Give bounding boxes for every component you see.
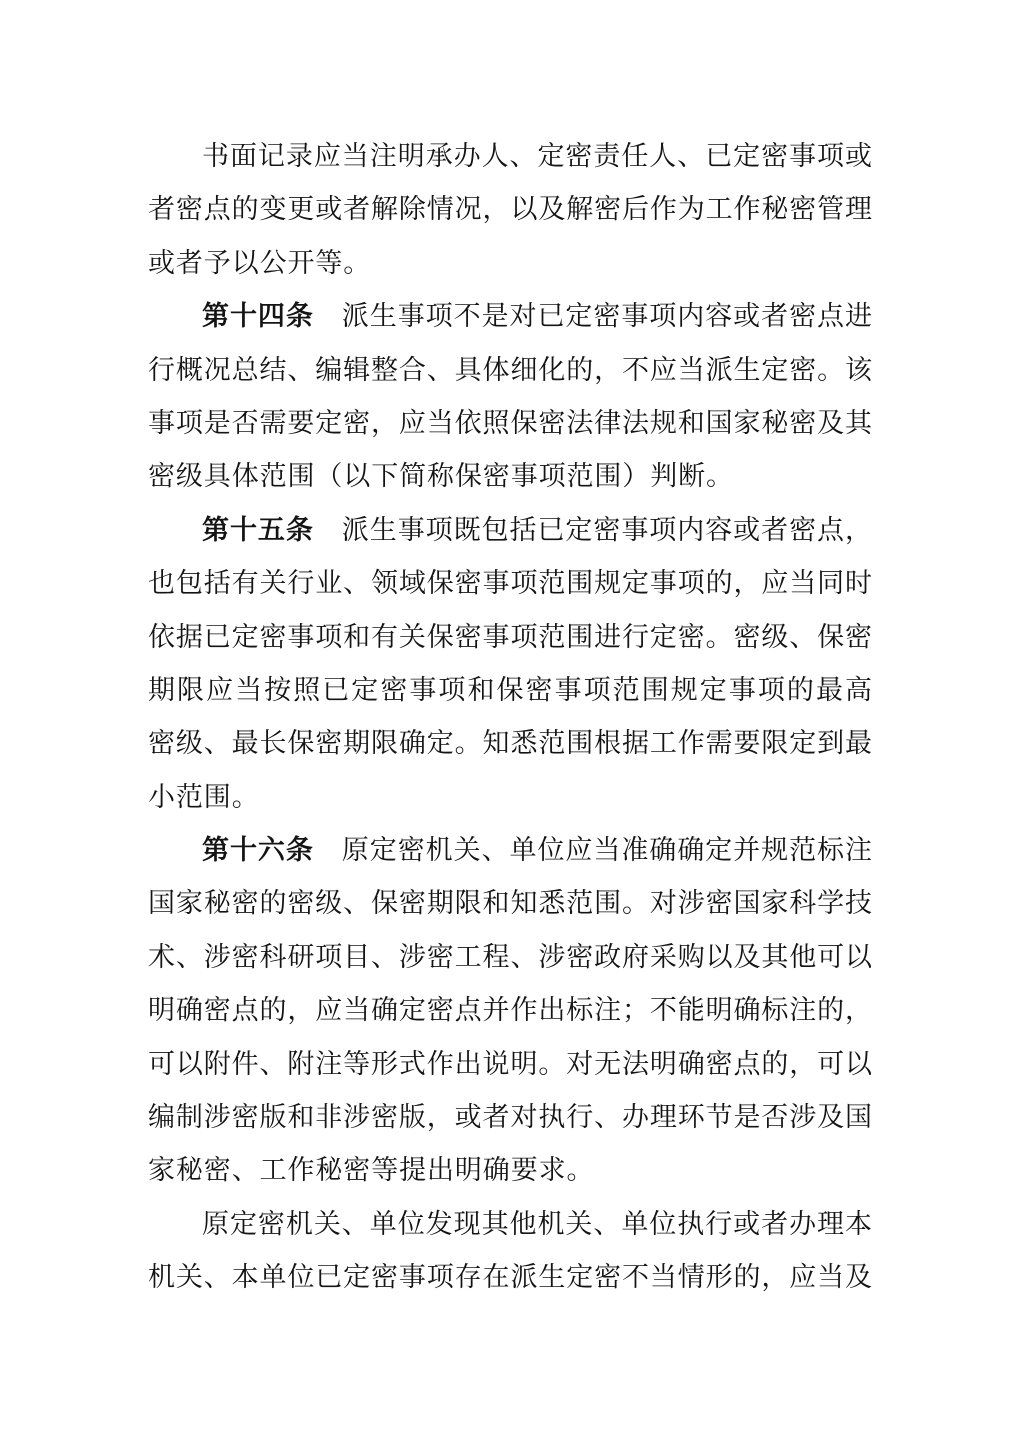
line-text: 期限应当按照已定密事项和保密事项范围规定事项的最高 (148, 675, 872, 705)
text-line: 第十六条 原定密机关、单位应当准确确定并规范标注 (148, 824, 872, 877)
text-line: 第十五条 派生事项既包括已定密事项内容或者密点， (148, 504, 872, 557)
article-number: 第十五条 (202, 515, 314, 545)
line-text: 原定密机关、单位发现其他机关、单位执行或者办理本 (202, 1209, 872, 1239)
line-text: 派生事项既包括已定密事项内容或者密点， (314, 515, 872, 545)
text-line: 密级具体范围（以下简称保密事项范围）判断。 (148, 450, 872, 503)
text-line: 家秘密、工作秘密等提出明确要求。 (148, 1144, 872, 1197)
text-line: 明确密点的，应当确定密点并作出标注；不能明确标注的， (148, 984, 872, 1037)
text-line: 者密点的变更或者解除情况，以及解密后作为工作秘密管理 (148, 183, 872, 236)
text-line: 第十四条 派生事项不是对已定密事项内容或者密点进 (148, 290, 872, 343)
line-text: 书面记录应当注明承办人、定密责任人、已定密事项或 (202, 141, 872, 171)
line-text: 术、涉密科研项目、涉密工程、涉密政府采购以及其他可以 (148, 942, 872, 972)
article-number: 第十六条 (202, 835, 314, 865)
text-line: 或者予以公开等。 (148, 237, 872, 290)
text-line: 编制涉密版和非涉密版，或者对执行、办理环节是否涉及国 (148, 1091, 872, 1144)
line-text: 国家秘密的密级、保密期限和知悉范围。对涉密国家科学技 (148, 888, 872, 918)
line-text: 密级、最长保密期限确定。知悉范围根据工作需要限定到最 (148, 728, 872, 758)
line-text: 派生事项不是对已定密事项内容或者密点进 (314, 301, 872, 331)
text-line: 书面记录应当注明承办人、定密责任人、已定密事项或 (148, 130, 872, 183)
text-line: 可以附件、附注等形式作出说明。对无法明确密点的，可以 (148, 1038, 872, 1091)
text-line: 密级、最长保密期限确定。知悉范围根据工作需要限定到最 (148, 717, 872, 770)
line-text: 依据已定密事项和有关保密事项范围进行定密。密级、保密 (148, 622, 872, 652)
line-text: 原定密机关、单位应当准确确定并规范标注 (314, 835, 872, 865)
line-text: 事项是否需要定密，应当依照保密法律法规和国家秘密及其 (148, 408, 872, 438)
text-line: 事项是否需要定密，应当依照保密法律法规和国家秘密及其 (148, 397, 872, 450)
text-line: 依据已定密事项和有关保密事项范围进行定密。密级、保密 (148, 611, 872, 664)
text-line: 国家秘密的密级、保密期限和知悉范围。对涉密国家科学技 (148, 877, 872, 930)
line-text: 可以附件、附注等形式作出说明。对无法明确密点的，可以 (148, 1049, 872, 1079)
document-text: 书面记录应当注明承办人、定密责任人、已定密事项或者密点的变更或者解除情况，以及解… (148, 130, 872, 1305)
line-text: 密级具体范围（以下简称保密事项范围）判断。 (148, 461, 734, 491)
line-text: 小范围。 (148, 782, 260, 812)
text-line: 也包括有关行业、领域保密事项范围规定事项的，应当同时 (148, 557, 872, 610)
line-text: 家秘密、工作秘密等提出明确要求。 (148, 1155, 594, 1185)
line-text: 者密点的变更或者解除情况，以及解密后作为工作秘密管理 (148, 194, 872, 224)
text-line: 机关、本单位已定密事项存在派生定密不当情形的，应当及 (148, 1251, 872, 1304)
line-text: 机关、本单位已定密事项存在派生定密不当情形的，应当及 (148, 1262, 872, 1292)
article-number: 第十四条 (202, 301, 314, 331)
line-text: 行概况总结、编辑整合、具体细化的，不应当派生定密。该 (148, 355, 872, 385)
document-page: 书面记录应当注明承办人、定密责任人、已定密事项或者密点的变更或者解除情况，以及解… (0, 0, 1024, 1448)
text-line: 行概况总结、编辑整合、具体细化的，不应当派生定密。该 (148, 344, 872, 397)
line-text: 编制涉密版和非涉密版，或者对执行、办理环节是否涉及国 (148, 1102, 872, 1132)
line-text: 或者予以公开等。 (148, 248, 371, 278)
text-line: 小范围。 (148, 771, 872, 824)
text-line: 期限应当按照已定密事项和保密事项范围规定事项的最高 (148, 664, 872, 717)
line-text: 也包括有关行业、领域保密事项范围规定事项的，应当同时 (148, 568, 872, 598)
line-text: 明确密点的，应当确定密点并作出标注；不能明确标注的， (148, 995, 872, 1025)
text-line: 术、涉密科研项目、涉密工程、涉密政府采购以及其他可以 (148, 931, 872, 984)
text-line: 原定密机关、单位发现其他机关、单位执行或者办理本 (148, 1198, 872, 1251)
